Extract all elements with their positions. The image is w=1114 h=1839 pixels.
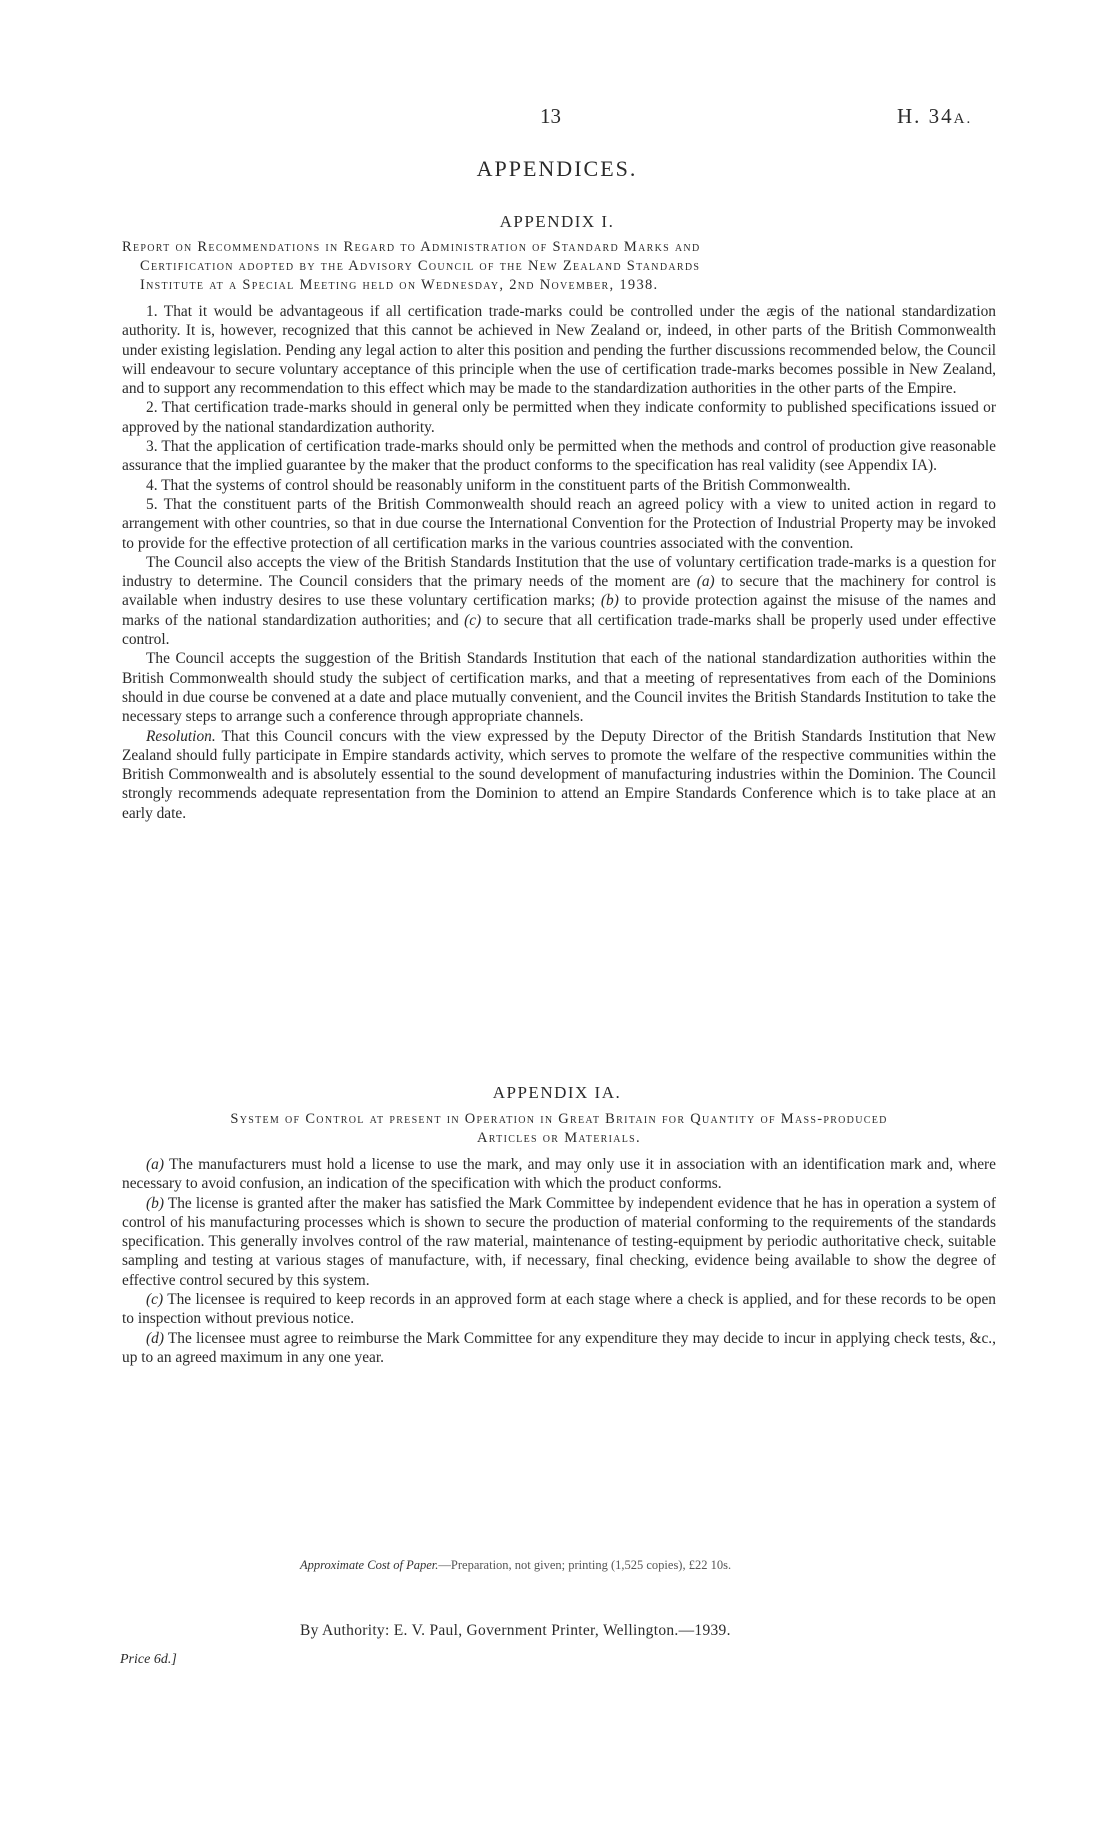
- doc-ref-prefix: H.: [897, 104, 921, 128]
- subtitle-line-3: Institute at a Special Meeting held on W…: [122, 276, 996, 295]
- resolution-label: Resolution.: [146, 728, 216, 745]
- control-item-b: (b) The license is granted after the mak…: [122, 1194, 996, 1290]
- control-item-c: (c) The licensee is required to keep rec…: [122, 1290, 996, 1329]
- appendix-1-subtitle: Report on Recommendations in Regard to A…: [122, 238, 996, 295]
- recommendation-3: 3. That the application of certification…: [122, 437, 996, 476]
- recommendation-4: 4. That the systems of control should be…: [122, 476, 996, 495]
- page-number: 13: [540, 104, 561, 129]
- printer-authority: By Authority: E. V. Paul, Government Pri…: [300, 1622, 731, 1640]
- recommendation-1: 1. That it would be advantageous if all …: [122, 302, 996, 398]
- resolution-paragraph: Resolution. That this Council concurs wi…: [122, 727, 996, 823]
- appendix-1a-body: (a) The manufacturers must hold a licens…: [122, 1155, 996, 1367]
- cost-of-paper: Approximate Cost of Paper.—Preparation, …: [300, 1558, 731, 1573]
- cost-label: Approximate Cost of Paper.: [300, 1558, 438, 1572]
- appendix-1a-heading: APPENDIX IA.: [0, 1083, 1114, 1103]
- document-page: 13 H. 34A. APPENDICES. APPENDIX I. Repor…: [0, 0, 1114, 1839]
- item-label: (a): [146, 1156, 164, 1173]
- appendix-1-body: 1. That it would be advantageous if all …: [122, 302, 996, 823]
- subtitle-line-1: System of Control at present in Operatio…: [122, 1110, 996, 1129]
- control-item-a: (a) The manufacturers must hold a licens…: [122, 1155, 996, 1194]
- subtitle-line-2: Articles or Materials.: [122, 1129, 996, 1148]
- label-c: (c): [464, 612, 481, 629]
- item-label: (c): [146, 1291, 163, 1308]
- doc-ref-suffix: A.: [954, 111, 973, 127]
- price-note: Price 6d.]: [120, 1652, 177, 1668]
- item-text: The licensee is required to keep records…: [122, 1291, 996, 1327]
- item-text: The license is granted after the maker h…: [122, 1195, 996, 1289]
- appendix-1-heading: APPENDIX I.: [0, 212, 1114, 232]
- resolution-text: That this Council concurs with the view …: [122, 728, 996, 822]
- label-b: (b): [601, 592, 619, 609]
- doc-ref-number: 34: [929, 104, 954, 128]
- label-a: (a): [697, 573, 715, 590]
- council-paragraph-2: The Council accepts the suggestion of th…: [122, 649, 996, 726]
- recommendation-2: 2. That certification trade-marks should…: [122, 398, 996, 437]
- item-label: (b): [146, 1195, 164, 1212]
- item-text: The licensee must agree to reimburse the…: [122, 1330, 996, 1366]
- appendix-1a-subtitle: System of Control at present in Operatio…: [122, 1110, 996, 1148]
- page-title: APPENDICES.: [0, 156, 1114, 182]
- item-text: The manufacturers must hold a license to…: [122, 1156, 996, 1192]
- document-reference: H. 34A.: [897, 104, 972, 129]
- control-item-d: (d) The licensee must agree to reimburse…: [122, 1329, 996, 1368]
- item-label: (d): [146, 1330, 164, 1347]
- recommendation-5: 5. That the constituent parts of the Bri…: [122, 495, 996, 553]
- cost-text: —Preparation, not given; printing (1,525…: [438, 1558, 731, 1572]
- subtitle-line-2: Certification adopted by the Advisory Co…: [122, 257, 996, 276]
- council-paragraph-1: The Council also accepts the view of the…: [122, 553, 996, 649]
- subtitle-line-1: Report on Recommendations in Regard to A…: [122, 239, 700, 255]
